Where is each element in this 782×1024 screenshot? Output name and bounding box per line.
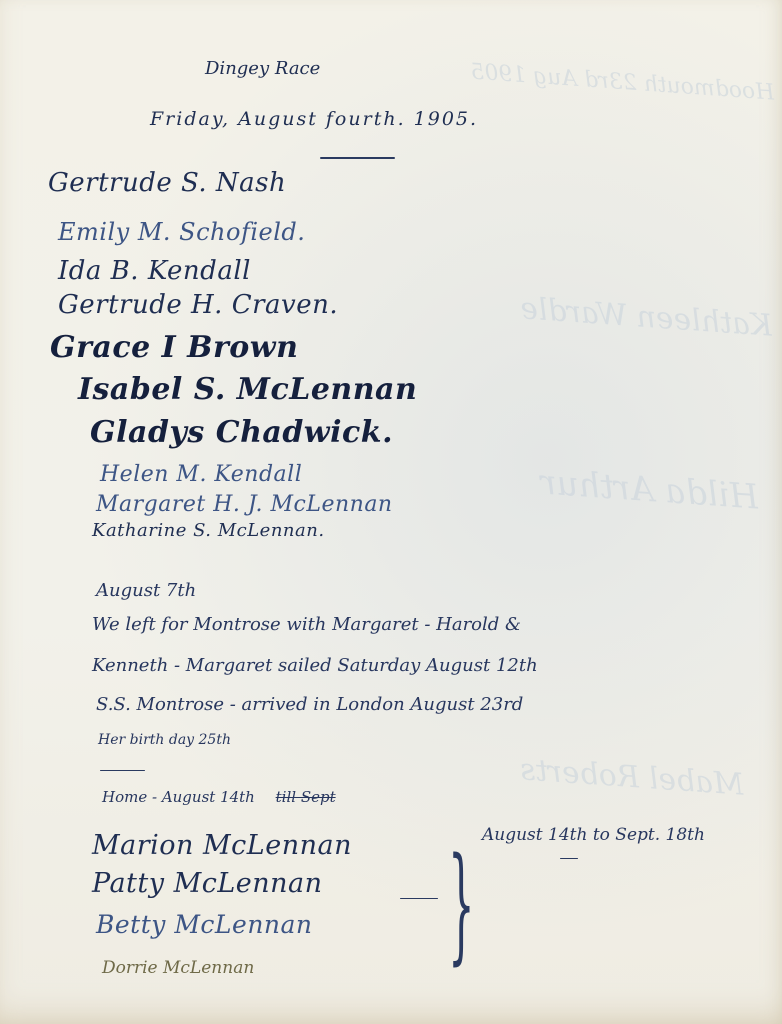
journal-date: August 7th bbox=[96, 580, 196, 601]
journal-line: S.S. Montrose - arrived in London August… bbox=[96, 694, 523, 715]
home-date: Home - August 14th bbox=[102, 788, 255, 806]
journal-line: Kenneth - Margaret sailed Saturday Augus… bbox=[92, 655, 538, 676]
signature: Helen M. Kendall bbox=[100, 462, 302, 487]
signature: Marion McLennan bbox=[92, 830, 352, 861]
signature: Patty McLennan bbox=[92, 868, 323, 899]
home-note: Home - August 14th till Sept bbox=[102, 788, 336, 806]
signature: Emily M. Schofield. bbox=[58, 218, 305, 246]
heading-underline bbox=[320, 157, 395, 159]
event-title: Dingey Race bbox=[205, 58, 320, 79]
date-underline bbox=[560, 858, 578, 859]
event-date: Friday, August fourth. 1905. bbox=[150, 108, 478, 130]
bleed-through-text: Kathleen Wardle bbox=[519, 291, 773, 344]
brace-glyph: } bbox=[448, 842, 475, 968]
journal-line: Her birth day 25th bbox=[98, 732, 231, 748]
journal-line: We left for Montrose with Margaret - Har… bbox=[92, 614, 521, 635]
struck-text: till Sept bbox=[276, 788, 336, 806]
bleed-through-text: Mabel Roberts bbox=[519, 752, 745, 803]
pencil-signature: Dorrie McLennan bbox=[102, 958, 254, 978]
signature: Ida B. Kendall bbox=[58, 256, 251, 286]
visit-date-range: August 14th to Sept. 18th bbox=[482, 825, 705, 845]
signature: Gertrude S. Nash bbox=[48, 168, 286, 198]
divider-rule bbox=[100, 770, 145, 771]
bleed-through-text: Hoodmouth 23rd Aug 1905 bbox=[469, 59, 775, 105]
dash-rule bbox=[400, 898, 438, 899]
guestbook-page: Hoodmouth 23rd Aug 1905 Kathleen Wardle … bbox=[0, 0, 782, 1024]
signature: Katharine S. McLennan. bbox=[92, 520, 325, 541]
signature: Gertrude H. Craven. bbox=[58, 290, 338, 320]
signature: Betty McLennan bbox=[96, 910, 313, 939]
bleed-through-text: Hilda Arthur bbox=[539, 462, 760, 517]
signature: Gladys Chadwick. bbox=[90, 415, 393, 450]
signature: Isabel S. McLennan bbox=[78, 372, 417, 407]
signature: Margaret H. J. McLennan bbox=[96, 492, 393, 517]
signature: Grace I Brown bbox=[50, 330, 298, 365]
